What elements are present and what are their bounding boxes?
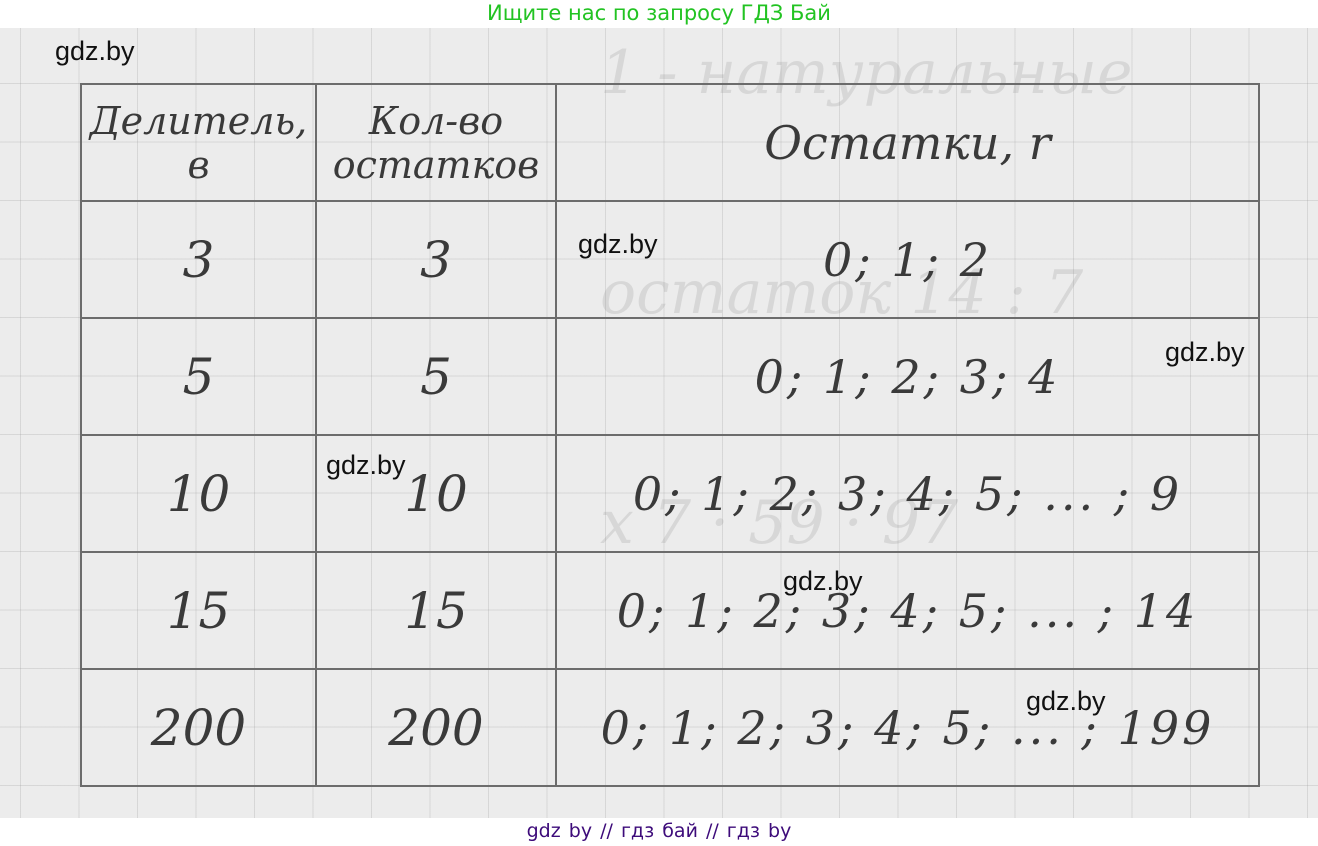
header-count: Кол-во остатков — [316, 84, 556, 201]
divisor-cell: 3 — [81, 201, 316, 318]
watermark: gdz.by — [326, 452, 406, 479]
watermark: gdz.by — [55, 38, 135, 65]
table-header-row: Делитель, в Кол-во остатков Остатки, r — [81, 84, 1259, 201]
count-cell: 200 — [316, 669, 556, 786]
bottom-banner: gdz by // гдз бай // гдз by — [0, 818, 1318, 846]
remainders-cell: 0; 1; 2; 3; 4; 5; ... ; 199 — [556, 669, 1259, 786]
remainders-cell: 0; 1; 2; 3; 4; 5; ... ; 9 — [556, 435, 1259, 552]
watermark: gdz.by — [1165, 339, 1245, 366]
header-remainders: Остатки, r — [556, 84, 1259, 201]
remainders-cell: 0; 1; 2; 3; 4; 5; ... ; 14 — [556, 552, 1259, 669]
count-cell: 3 — [316, 201, 556, 318]
divisor-cell: 10 — [81, 435, 316, 552]
watermark: gdz.by — [578, 231, 658, 258]
watermark: gdz.by — [783, 568, 863, 595]
top-banner: Ищите нас по запросу ГДЗ Бай — [0, 0, 1318, 28]
watermark: gdz.by — [1026, 688, 1106, 715]
table-row: 15 15 0; 1; 2; 3; 4; 5; ... ; 14 — [81, 552, 1259, 669]
divisor-cell: 15 — [81, 552, 316, 669]
notebook-photo: 1 - натуральные остаток 14 : 7 x 7 · 59 … — [0, 28, 1318, 818]
divisor-cell: 5 — [81, 318, 316, 435]
remainders-table: Делитель, в Кол-во остатков Остатки, r 3… — [80, 83, 1260, 787]
count-cell: 5 — [316, 318, 556, 435]
remainders-cell: 0; 1; 2; 3; 4 — [556, 318, 1259, 435]
remainders-cell: 0; 1; 2 — [556, 201, 1259, 318]
header-divisor: Делитель, в — [81, 84, 316, 201]
table-row: 3 3 0; 1; 2 — [81, 201, 1259, 318]
table-row: 5 5 0; 1; 2; 3; 4 — [81, 318, 1259, 435]
divisor-cell: 200 — [81, 669, 316, 786]
table-row: 10 10 0; 1; 2; 3; 4; 5; ... ; 9 — [81, 435, 1259, 552]
count-cell: 15 — [316, 552, 556, 669]
